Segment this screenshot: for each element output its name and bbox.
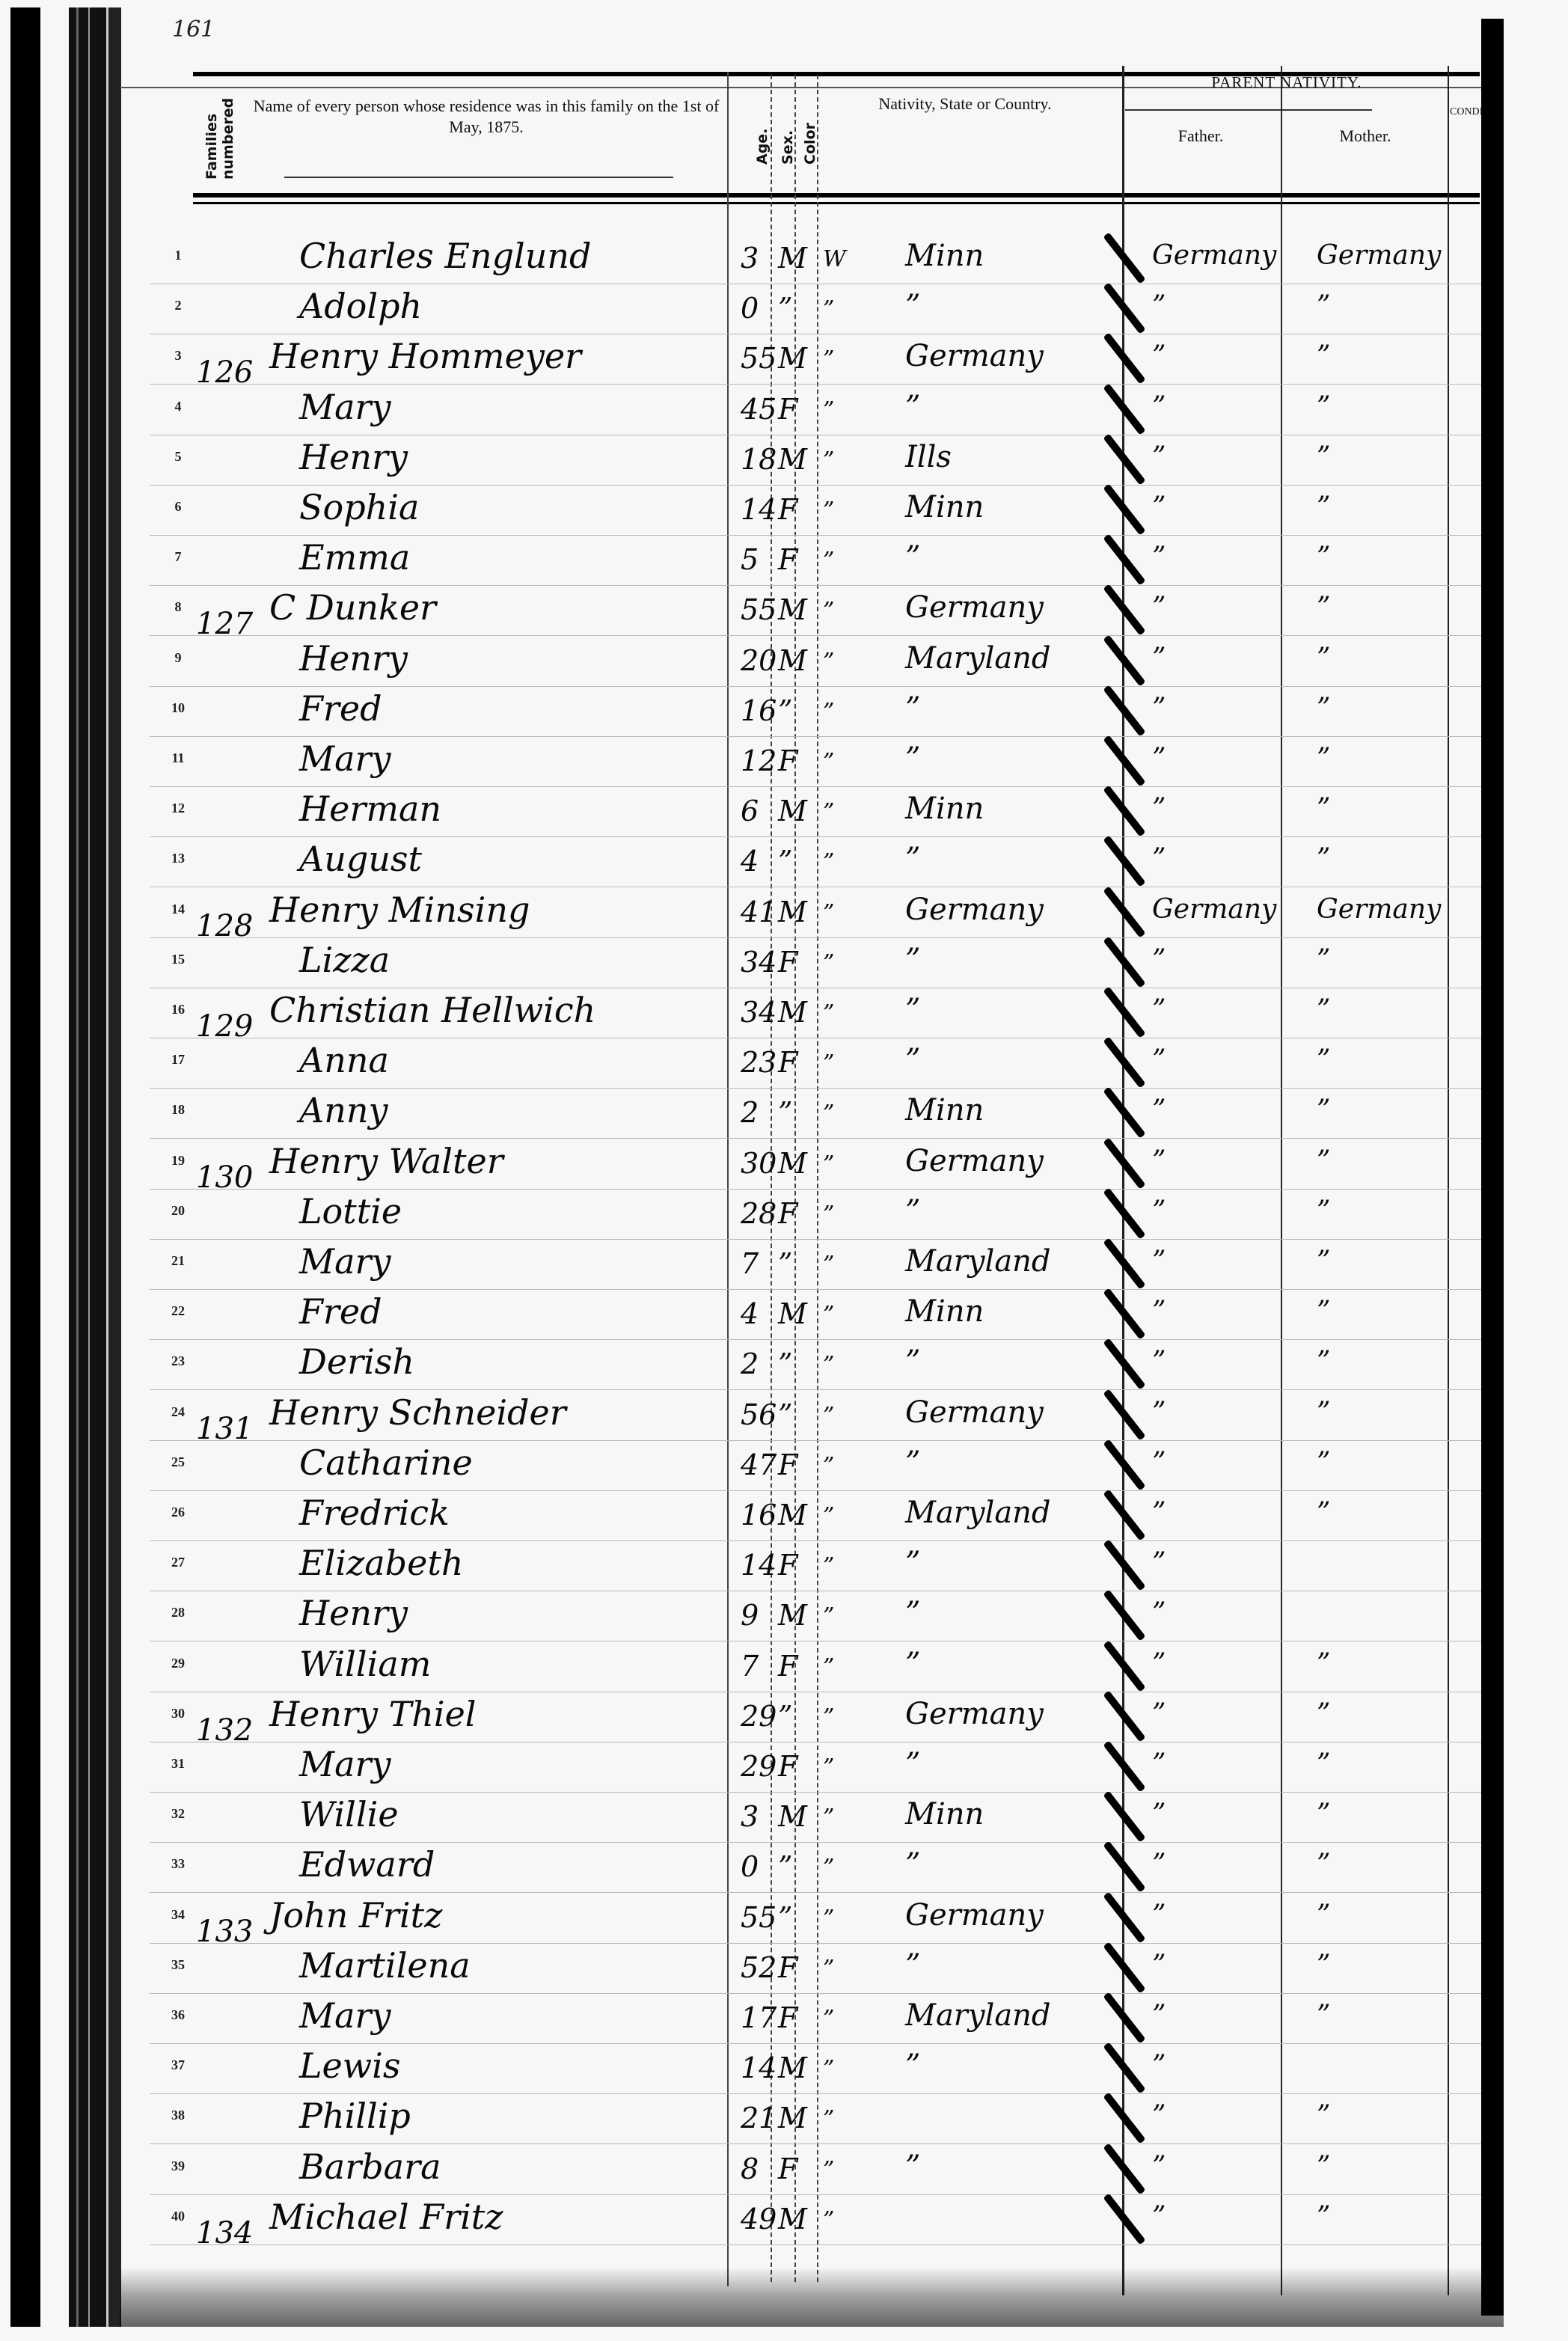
person-name: Adolph: [299, 286, 422, 326]
mother-nativity: ”: [1317, 743, 1330, 774]
father-nativity: ”: [1152, 1196, 1166, 1226]
tally-mark-icon: [1103, 1187, 1145, 1239]
row-rule: [150, 1389, 1481, 1390]
mother-nativity: ”: [1317, 1145, 1330, 1176]
line-number: 24: [163, 1404, 193, 1420]
age-value: 20: [741, 644, 777, 677]
color-value: ”: [823, 1956, 834, 1982]
sex-value: F: [778, 1197, 797, 1230]
person-name: Henry Walter: [269, 1141, 503, 1181]
age-value: 41: [741, 896, 777, 928]
nativity-value: Minn: [905, 1093, 984, 1127]
nativity-value: ”: [905, 741, 920, 776]
age-value: 29: [741, 1750, 777, 1783]
tally-mark-icon: [1103, 1087, 1145, 1139]
nativity-value: Ills: [905, 440, 952, 474]
father-nativity: ”: [1152, 693, 1166, 723]
line-number: 2: [163, 298, 193, 313]
line-number: 13: [163, 851, 193, 866]
sex-value: F: [778, 1448, 797, 1481]
age-value: 45: [741, 393, 777, 426]
age-value: 34: [741, 946, 777, 979]
nativity-value: ”: [905, 1948, 920, 1983]
color-value: ”: [823, 1202, 834, 1228]
mother-nativity: ”: [1317, 1246, 1330, 1276]
father-nativity: ”: [1152, 1698, 1166, 1729]
person-name: Henry: [299, 437, 408, 477]
age-value: 34: [741, 996, 777, 1029]
tally-mark-icon: [1103, 836, 1145, 887]
nativity-value: Minn: [905, 792, 984, 826]
sex-value: ”: [778, 1850, 792, 1883]
color-value: ”: [823, 900, 834, 926]
sex-value: F: [778, 1750, 797, 1783]
tally-mark-icon: [1103, 1791, 1145, 1843]
person-name: Charles Englund: [299, 236, 591, 276]
age-value: 0: [741, 292, 759, 325]
header-color: Color: [802, 97, 818, 165]
person-name: Henry: [299, 1593, 408, 1633]
color-value: ”: [823, 498, 834, 524]
binding-shadow: [10, 7, 40, 2327]
sex-value: F: [778, 493, 797, 526]
row-rule: [150, 887, 1481, 887]
sex-value: F: [778, 2152, 797, 2185]
line-number: 18: [163, 1102, 193, 1118]
sex-value: ”: [778, 1398, 792, 1431]
father-nativity: ”: [1152, 1849, 1166, 1879]
mother-nativity: ”: [1317, 492, 1330, 522]
age-value: 4: [741, 845, 759, 878]
tally-mark-icon: [1103, 786, 1145, 837]
color-value: ”: [823, 1855, 834, 1881]
father-nativity: ”: [1152, 1900, 1166, 1930]
color-value: ”: [823, 1000, 834, 1026]
father-nativity: ”: [1152, 1044, 1166, 1075]
sex-value: M: [778, 593, 807, 626]
sex-value: ”: [778, 694, 792, 727]
line-number: 12: [163, 801, 193, 816]
sex-value: M: [778, 1297, 807, 1330]
tally-mark-icon: [1103, 283, 1145, 334]
person-name: Emma: [299, 537, 410, 578]
nativity-value: Germany: [905, 1395, 1044, 1430]
right-page-edge: [1481, 19, 1504, 2316]
book-binding: [69, 7, 121, 2327]
row-rule: [150, 1239, 1481, 1240]
tally-mark-icon: [1103, 584, 1145, 636]
sex-value: M: [778, 2203, 807, 2236]
mother-nativity: ”: [1317, 290, 1330, 321]
father-nativity: ”: [1152, 1799, 1166, 1829]
color-value: ”: [823, 1654, 834, 1680]
age-value: 2: [741, 1347, 759, 1380]
row-rule: [150, 1189, 1481, 1190]
father-nativity: ”: [1152, 340, 1166, 371]
color-value: ”: [823, 548, 834, 574]
line-number: 11: [163, 750, 193, 766]
line-number: 30: [163, 1706, 193, 1722]
tally-mark-icon: [1103, 1992, 1145, 2043]
nativity-value: ”: [905, 1747, 920, 1781]
person-name: Anny: [299, 1090, 388, 1130]
person-name: Derish: [299, 1341, 414, 1382]
row-rule: [150, 1842, 1481, 1843]
header-sex: Sex.: [780, 97, 796, 165]
sex-value: M: [778, 443, 807, 476]
father-nativity: ”: [1152, 1095, 1166, 1125]
person-name: Mary: [299, 1995, 391, 2036]
color-value: ”: [823, 2006, 834, 2032]
row-rule: [150, 635, 1481, 636]
sex-value: F: [778, 744, 797, 777]
father-nativity: Germany: [1152, 894, 1276, 925]
mother-nativity: ”: [1317, 1698, 1330, 1729]
person-name: Fred: [299, 1291, 382, 1332]
family-number: 126: [196, 355, 253, 390]
header-nativity: Nativity, State or Country.: [838, 94, 1092, 114]
row-rule: [150, 485, 1481, 486]
mother-nativity: ”: [1317, 592, 1330, 622]
father-nativity: ”: [1152, 2201, 1166, 2232]
father-nativity: ”: [1152, 1748, 1166, 1779]
sex-value: F: [778, 946, 797, 979]
tally-mark-icon: [1103, 1640, 1145, 1692]
tally-mark-icon: [1103, 232, 1145, 284]
line-number: 32: [163, 1806, 193, 1822]
color-value: ”: [823, 447, 834, 474]
row-rule: [150, 384, 1481, 385]
col-divider-condition: [1448, 66, 1449, 2295]
age-value: 12: [741, 744, 777, 777]
person-name: Herman: [299, 789, 441, 829]
header-mother: Mother.: [1287, 126, 1444, 147]
color-value: ”: [823, 1252, 834, 1278]
father-nativity: ”: [1152, 994, 1166, 1025]
age-value: 28: [741, 1197, 777, 1230]
tally-mark-icon: [1103, 1740, 1145, 1792]
color-value: ”: [823, 950, 834, 976]
row-rule: [150, 988, 1481, 988]
nativity-value: Germany: [905, 1898, 1044, 1933]
nativity-value: ”: [905, 842, 920, 876]
nativity-value: Germany: [905, 893, 1044, 927]
age-value: 16: [741, 1499, 777, 1531]
line-number: 10: [163, 700, 193, 716]
col-divider-mother: [1281, 66, 1282, 2295]
person-name: Lizza: [299, 940, 390, 980]
nativity-value: ”: [905, 1847, 920, 1882]
age-value: 55: [741, 1901, 777, 1934]
mother-nativity: ”: [1317, 1044, 1330, 1075]
sex-value: ”: [778, 1347, 792, 1380]
father-nativity: ”: [1152, 1296, 1166, 1326]
mother-nativity: ”: [1317, 1095, 1330, 1125]
color-value: ”: [823, 2056, 834, 2082]
father-nativity: ”: [1152, 743, 1166, 774]
line-number: 26: [163, 1505, 193, 1520]
row-rule: [150, 1339, 1481, 1340]
person-name: Phillip: [299, 2096, 411, 2136]
header-parent-nativity: PARENT NATIVITY.: [1137, 72, 1436, 93]
sex-value: F: [778, 1046, 797, 1079]
nativity-value: ”: [905, 1546, 920, 1580]
color-value: ”: [823, 2106, 834, 2132]
color-value: ”: [823, 1101, 834, 1127]
row-rule: [150, 686, 1481, 687]
age-value: 16: [741, 694, 777, 727]
nativity-value: ”: [905, 1043, 920, 1077]
color-value: ”: [823, 296, 834, 322]
mother-nativity: ”: [1317, 1447, 1330, 1478]
row-rule: [150, 1138, 1481, 1139]
color-value: ”: [823, 1050, 834, 1077]
father-nativity: ”: [1152, 843, 1166, 874]
row-rule: [150, 1088, 1481, 1089]
color-value: ”: [823, 1151, 834, 1178]
father-nativity: ”: [1152, 2100, 1166, 2131]
age-value: 6: [741, 795, 759, 827]
person-name: Henry Thiel: [269, 1694, 477, 1734]
sex-value: M: [778, 644, 807, 677]
sex-value: M: [778, 342, 807, 375]
tally-mark-icon: [1103, 1941, 1145, 1993]
tally-mark-icon: [1103, 1841, 1145, 1893]
person-name: Mary: [299, 387, 391, 427]
line-number: 1: [163, 248, 193, 263]
age-value: 55: [741, 342, 777, 375]
mother-nativity: ”: [1317, 1346, 1330, 1377]
line-number: 38: [163, 2108, 193, 2123]
header-name-column: Name of every person whose residence was…: [247, 96, 726, 138]
nativity-value: ”: [905, 2048, 920, 2083]
person-name: Elizabeth: [299, 1543, 463, 1583]
family-number: 130: [196, 1160, 253, 1195]
person-name: Henry Hommeyer: [269, 336, 581, 376]
age-value: 14: [741, 2051, 777, 2084]
color-value: ”: [823, 749, 834, 775]
age-value: 3: [741, 1800, 759, 1833]
mother-nativity: ”: [1317, 1950, 1330, 1980]
age-value: 2: [741, 1096, 759, 1129]
row-rule: [150, 1641, 1481, 1641]
family-number: 129: [196, 1009, 253, 1044]
color-value: ”: [823, 1754, 834, 1781]
person-name: Fred: [299, 688, 382, 729]
father-nativity: ”: [1152, 1547, 1166, 1578]
tally-mark-icon: [1103, 483, 1145, 535]
row-rule: [150, 1490, 1481, 1491]
person-name: August: [299, 839, 422, 879]
nativity-value: ”: [905, 2149, 920, 2184]
color-value: W: [823, 246, 846, 272]
nativity-value: ”: [905, 1344, 920, 1379]
line-number: 23: [163, 1353, 193, 1369]
tally-mark-icon: [1103, 1137, 1145, 1189]
row-rule: [150, 1289, 1481, 1290]
father-nativity: ”: [1152, 1597, 1166, 1628]
sex-value: M: [778, 242, 807, 275]
color-value: ”: [823, 649, 834, 675]
page-bottom-shadow: [120, 2267, 1504, 2327]
tally-mark-icon: [1103, 1489, 1145, 1540]
mother-nativity: ”: [1317, 944, 1330, 975]
line-number: 31: [163, 1756, 193, 1772]
line-number: 25: [163, 1454, 193, 1470]
mother-nativity: ”: [1317, 2000, 1330, 2031]
mother-nativity: ”: [1317, 1497, 1330, 1528]
age-value: 30: [741, 1147, 777, 1180]
line-number: 29: [163, 1656, 193, 1671]
age-value: 23: [741, 1046, 777, 1079]
father-nativity: ”: [1152, 391, 1166, 422]
father-nativity: ”: [1152, 2151, 1166, 2182]
age-value: 3: [741, 242, 759, 275]
color-value: ”: [823, 1805, 834, 1831]
nativity-value: ”: [905, 540, 920, 575]
line-number: 8: [163, 599, 193, 615]
sex-value: M: [778, 1147, 807, 1180]
tally-mark-icon: [1103, 333, 1145, 385]
tally-mark-icon: [1103, 2193, 1145, 2244]
page-number: 161: [172, 16, 215, 43]
sex-value: M: [778, 1800, 807, 1833]
age-value: 7: [741, 1650, 759, 1683]
tally-mark-icon: [1103, 1439, 1145, 1490]
line-number: 4: [163, 399, 193, 414]
family-number: 128: [196, 909, 253, 943]
line-number: 40: [163, 2209, 193, 2224]
tally-mark-icon: [1103, 1338, 1145, 1390]
nativity-value: Germany: [905, 1697, 1044, 1731]
color-value: ”: [823, 1453, 834, 1479]
tally-mark-icon: [1103, 936, 1145, 988]
person-name: Edward: [299, 1844, 435, 1885]
row-rule: [150, 1943, 1481, 1944]
person-name: Anna: [299, 1040, 389, 1080]
nativity-value: Germany: [905, 339, 1044, 373]
mother-nativity: ”: [1317, 1296, 1330, 1326]
person-name: Michael Fritz: [269, 2197, 503, 2237]
header-age: Age.: [754, 97, 771, 165]
person-name: Mary: [299, 738, 391, 779]
nativity-value: Maryland: [905, 1244, 1051, 1279]
sex-value: M: [778, 1499, 807, 1531]
row-rule: [150, 2143, 1481, 2144]
nativity-value: Minn: [905, 1797, 984, 1832]
mother-nativity: ”: [1317, 643, 1330, 673]
sex-value: M: [778, 2102, 807, 2135]
mother-nativity: ”: [1317, 1849, 1330, 1879]
color-value: ”: [823, 1352, 834, 1378]
color-value: ”: [823, 598, 834, 624]
line-number: 9: [163, 650, 193, 666]
line-number: 20: [163, 1203, 193, 1219]
age-value: 56: [741, 1398, 777, 1431]
mother-nativity: ”: [1317, 1799, 1330, 1829]
row-rule: [150, 836, 1481, 837]
sex-value: F: [778, 1650, 797, 1683]
sex-value: F: [778, 2001, 797, 2034]
mother-nativity: ”: [1317, 542, 1330, 572]
father-nativity: ”: [1152, 492, 1166, 522]
mother-nativity: ”: [1317, 1900, 1330, 1930]
person-name: C Dunker: [269, 587, 436, 628]
nativity-value: Minn: [905, 239, 984, 273]
mother-nativity: ”: [1317, 994, 1330, 1025]
line-number: 27: [163, 1555, 193, 1570]
nativity-value: ”: [905, 943, 920, 977]
line-number: 17: [163, 1052, 193, 1068]
nativity-value: ”: [905, 289, 920, 323]
mother-nativity: ”: [1317, 1648, 1330, 1679]
census-page: 161 Families numbered Name of every pers…: [0, 0, 1568, 2341]
tally-mark-icon: [1103, 2042, 1145, 2094]
mother-nativity: ”: [1317, 793, 1330, 824]
family-number: 133: [196, 1915, 253, 1949]
nativity-value: ”: [905, 1194, 920, 1228]
family-number: 131: [196, 1412, 253, 1446]
row-rule: [150, 1692, 1481, 1692]
line-number: 35: [163, 1957, 193, 1973]
row-rule: [150, 1892, 1481, 1893]
row-rule: [150, 2194, 1481, 2195]
mother-nativity: ”: [1317, 441, 1330, 472]
nativity-value: ”: [905, 1647, 920, 1681]
person-name: Henry Schneider: [269, 1392, 566, 1433]
father-nativity: ”: [1152, 1950, 1166, 1980]
age-value: 29: [741, 1700, 777, 1733]
father-nativity: ”: [1152, 1246, 1166, 1276]
person-name: Fredrick: [299, 1493, 450, 1533]
mother-nativity: ”: [1317, 2151, 1330, 2182]
color-value: ”: [823, 1603, 834, 1629]
sex-value: ”: [778, 292, 792, 325]
person-name: Christian Hellwich: [269, 990, 595, 1030]
line-number: 19: [163, 1153, 193, 1169]
line-number: 36: [163, 2007, 193, 2023]
father-nativity: ”: [1152, 1346, 1166, 1377]
tally-mark-icon: [1103, 685, 1145, 736]
row-rule: [150, 2244, 1481, 2245]
tally-mark-icon: [1103, 534, 1145, 586]
age-value: 7: [741, 1247, 759, 1280]
age-value: 55: [741, 593, 777, 626]
father-nativity: ”: [1152, 1648, 1166, 1679]
nativity-value: Minn: [905, 1294, 984, 1329]
mother-nativity: ”: [1317, 340, 1330, 371]
age-value: 18: [741, 443, 777, 476]
parent-nativity-underline: [1125, 109, 1372, 111]
line-number: 22: [163, 1303, 193, 1319]
row-rule: [150, 1440, 1481, 1441]
nativity-value: ”: [905, 390, 920, 424]
tally-mark-icon: [1103, 383, 1145, 435]
color-value: ”: [823, 1906, 834, 1932]
sex-value: ”: [778, 845, 792, 878]
family-number: 132: [196, 1713, 253, 1748]
tally-mark-icon: [1103, 735, 1145, 786]
father-nativity: ”: [1152, 592, 1166, 622]
father-nativity: ”: [1152, 643, 1166, 673]
sex-value: M: [778, 996, 807, 1029]
age-value: 9: [741, 1599, 759, 1632]
person-name: Mary: [299, 1241, 391, 1282]
tally-mark-icon: [1103, 1690, 1145, 1742]
line-number: 33: [163, 1856, 193, 1872]
person-name: Lewis: [299, 2045, 400, 2086]
row-rule: [150, 334, 1481, 334]
